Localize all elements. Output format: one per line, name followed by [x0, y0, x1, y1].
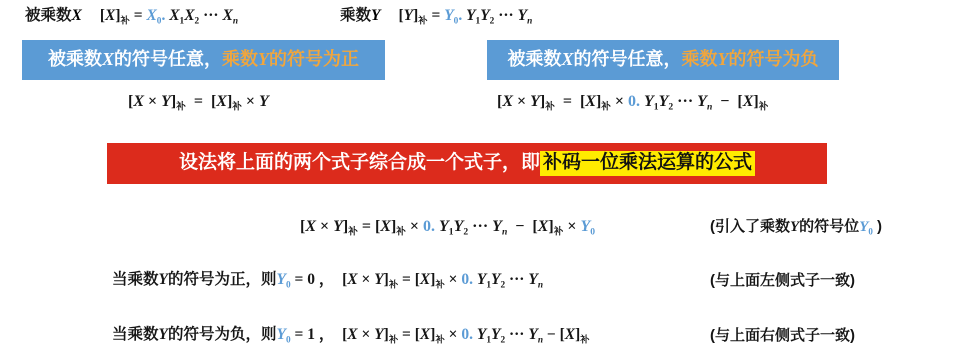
case-y-positive-line: 当乘数Y的符号为正，则Y0 = 0 ， [X × Y]补 = [X]补 × 0.… — [112, 271, 543, 292]
banner: 设法将上面的两个式子综合成一个式子，即补码一位乘法运算的公式 — [107, 143, 827, 184]
formula-y-negative: [X × Y]补 = [X]补 × 0. Y1Y2 ··· Yn − [X]补 — [497, 92, 768, 113]
slide: 被乘数X [X]补 = X0. X1X2 ··· Xn 乘数Y [Y]补 = Y… — [0, 0, 960, 363]
formula-y-positive: [X × Y]补 = [X]补 × Y — [128, 92, 269, 113]
condition-box-y-negative-text: 被乘数X的符号任意，乘数Y的符号为负 — [507, 49, 818, 71]
unified-formula: [X × Y]补 = [X]补 × 0. Y1Y2 ··· Yn − [X]补 … — [300, 217, 595, 238]
condition-box-y-negative: 被乘数X的符号任意，乘数Y的符号为负 — [487, 40, 839, 80]
banner-highlight: 补码一位乘法运算的公式 — [540, 151, 755, 176]
case-y-negative-formula: [X × Y]补 = [X]补 × 0. Y1Y2 ··· Yn − [X]补 — [342, 326, 590, 347]
multiplicand-definition: 被乘数X [X]补 = X0. X1X2 ··· Xn — [25, 7, 238, 28]
condition-box-y-positive-text: 被乘数X的符号任意，乘数Y的符号为正 — [48, 49, 359, 71]
case-y-negative-condition: 当乘数Y的符号为负，则Y0 = 1 ， — [112, 326, 342, 347]
condition-box-y-positive: 被乘数X的符号任意，乘数Y的符号为正 — [22, 40, 385, 80]
multiplier-label: 乘数Y — [340, 7, 380, 26]
case-y-positive-condition: 当乘数Y的符号为正，则Y0 = 0 ， — [112, 271, 342, 292]
banner-text: 设法将上面的两个式子综合成一个式子，即 — [179, 152, 540, 175]
case-y-negative-line: 当乘数Y的符号为负，则Y0 = 1 ， [X × Y]补 = [X]补 × 0.… — [112, 326, 590, 347]
case-y-positive-note: (与上面左侧式子一致) — [710, 272, 855, 290]
case-y-positive-formula: [X × Y]补 = [X]补 × 0. Y1Y2 ··· Yn — [342, 271, 543, 292]
multiplier-definition: 乘数Y [Y]补 = Y0. Y1Y2 ··· Yn — [340, 7, 532, 28]
multiplicand-label: 被乘数X — [25, 7, 82, 26]
unified-formula-note: (引入了乘数Y的符号位Y0 ) — [710, 218, 882, 237]
multiplicand-formula: [X]补 = X0. X1X2 ··· Xn — [100, 7, 238, 28]
multiplier-formula: [Y]补 = Y0. Y1Y2 ··· Yn — [398, 7, 532, 28]
case-y-negative-note: (与上面右侧式子一致) — [710, 327, 855, 345]
